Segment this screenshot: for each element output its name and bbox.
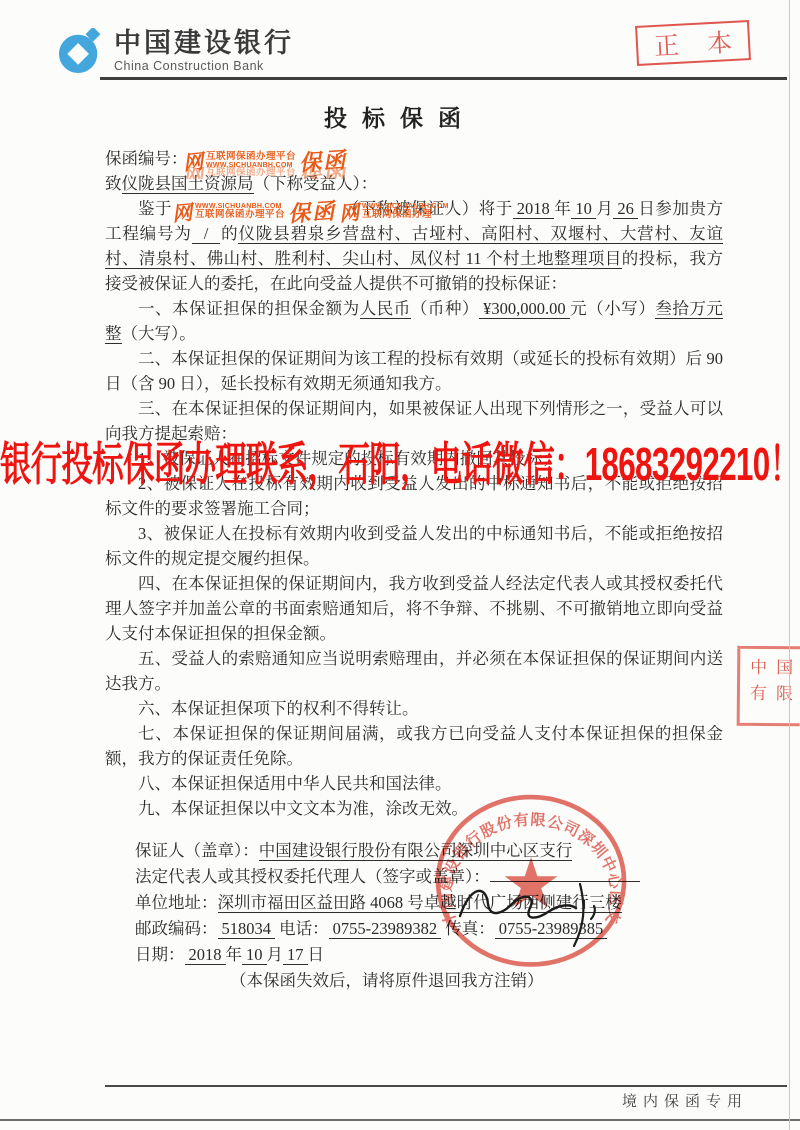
- subclause-3: 3、被保证人在投标有效期内收到受益人发出的中标通知书后，不能或拒绝按招标文件的规…: [105, 521, 723, 571]
- bank-header: 中国建设银行 China Construction Bank: [58, 28, 294, 74]
- original-copy-stamp: 正 本: [635, 20, 751, 66]
- scan-edge-bottom: [0, 1119, 800, 1121]
- scanned-document-page: 中国建设银行 China Construction Bank 正 本 投标保函 …: [0, 0, 800, 1130]
- bank-names: 中国建设银行 China Construction Bank: [114, 28, 294, 73]
- clause-5: 五、受益人的索赔通知应当说明索赔理由，并必须在本保证担保的保证期间内送达我方。: [105, 646, 723, 696]
- clause-4: 四、在本保证担保的保证期间内，我方收到受益人经法定代表人或其授权委托代理人签字并…: [105, 571, 723, 646]
- ad-banner-text: 银行投标保函办理联系，石阳，电话微信：18683292210！: [0, 428, 800, 494]
- bank-name-en: China Construction Bank: [114, 59, 294, 73]
- clause-6: 六、本保证担保项下的权利不得转让。: [105, 696, 723, 721]
- watermark-logo-icon: 网: [338, 196, 361, 227]
- sign-day: 17: [283, 945, 308, 965]
- currency: 人民币: [360, 299, 411, 319]
- return-note: （本保函失效后，请将原件退回我方注销）: [230, 968, 723, 994]
- ad-banner: 银行投标保函办理联系，石阳，电话微信：18683292210！: [0, 428, 800, 496]
- side-partial-seal: 中国 有限公: [737, 646, 800, 727]
- header-rule: [100, 77, 787, 80]
- watermark-logo-icon: 网: [183, 167, 204, 179]
- clause-1: 一、本保证担保的担保金额为人民币（币种）¥300,000.00元（小写）叁拾万元…: [105, 296, 723, 346]
- platform-watermark-top-echo: 网 互联网保函办理平台 保函: [183, 167, 347, 179]
- project-number: /: [192, 224, 221, 244]
- bid-day: 26: [613, 199, 638, 219]
- clause-2: 二、本保证担保的保证期间为该工程的投标有效期（或延长的投标有效期）后 90 日（…: [105, 346, 723, 396]
- bid-month: 10: [571, 199, 596, 219]
- watermark-script: 保函: [298, 167, 347, 179]
- watermark-logo-icon: 网: [171, 196, 194, 227]
- bank-name-cn: 中国建设银行: [114, 28, 294, 58]
- sign-month: 10: [242, 945, 267, 965]
- watermark-script: 保函: [287, 194, 337, 228]
- platform-watermark-middle: 网 WWW.SICHUANBH.COM 互联网保函办理平台 保函 网 WWW.S…: [172, 196, 449, 227]
- footer-label: 境内保函专用: [622, 1090, 748, 1111]
- guarantee-amount: ¥300,000.00: [479, 299, 570, 319]
- scan-edge-right: [789, 0, 790, 1130]
- signature-scribble: [452, 872, 612, 950]
- bid-year: 2018: [513, 199, 554, 219]
- clause-7: 七、本保证担保的保证期间届满，或我方已向受益人支付本保证担保的担保金额，我方的保…: [105, 721, 723, 771]
- sign-year: 2018: [185, 945, 226, 965]
- page-title: 投标保函: [0, 100, 800, 133]
- ccb-logo-icon: [58, 28, 104, 74]
- footer-rule: [105, 1085, 787, 1087]
- postal-code: 518034: [218, 919, 276, 939]
